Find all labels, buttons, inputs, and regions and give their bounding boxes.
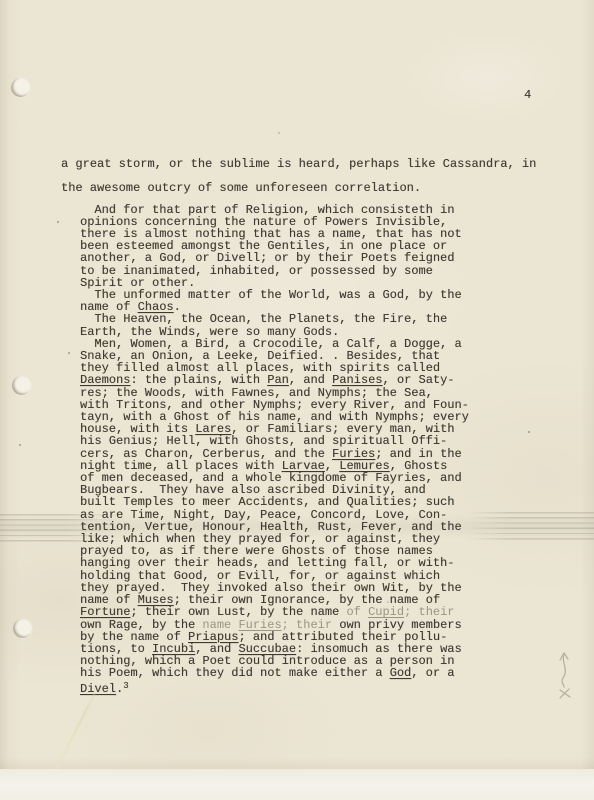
paper-speck xyxy=(19,444,21,446)
scanned-document-page: 4 a great storm, or the sublime is heard… xyxy=(0,0,594,800)
typed-line: a great storm, or the sublime is heard, … xyxy=(61,152,536,176)
typed-line: the awesome outcry of some unforeseen co… xyxy=(61,176,536,200)
pencil-annotation xyxy=(552,645,584,701)
paper-speck xyxy=(528,431,530,433)
up-arrow-squiggle-icon xyxy=(560,653,568,687)
typed-line: his Poem, which they did not make either… xyxy=(80,667,469,679)
punch-hole-top xyxy=(11,78,30,97)
paper-speck xyxy=(57,221,59,223)
paper-speck xyxy=(278,132,280,134)
intro-paragraph: a great storm, or the sublime is heard, … xyxy=(61,152,536,201)
typed-body-quote: And for that part of Religion, which con… xyxy=(80,204,469,695)
paper-speck xyxy=(68,352,70,354)
punch-hole-bottom xyxy=(13,619,32,638)
x-mark-icon xyxy=(560,689,570,698)
paper-sheet: 4 a great storm, or the sublime is heard… xyxy=(0,0,594,769)
photocopy-streaks-right xyxy=(466,512,594,542)
page-below-edge xyxy=(0,769,594,800)
paper-speck xyxy=(387,601,389,603)
page-number: 4 xyxy=(524,89,531,101)
typed-line: Divel.3 xyxy=(80,680,469,695)
punch-hole-middle xyxy=(12,376,31,395)
